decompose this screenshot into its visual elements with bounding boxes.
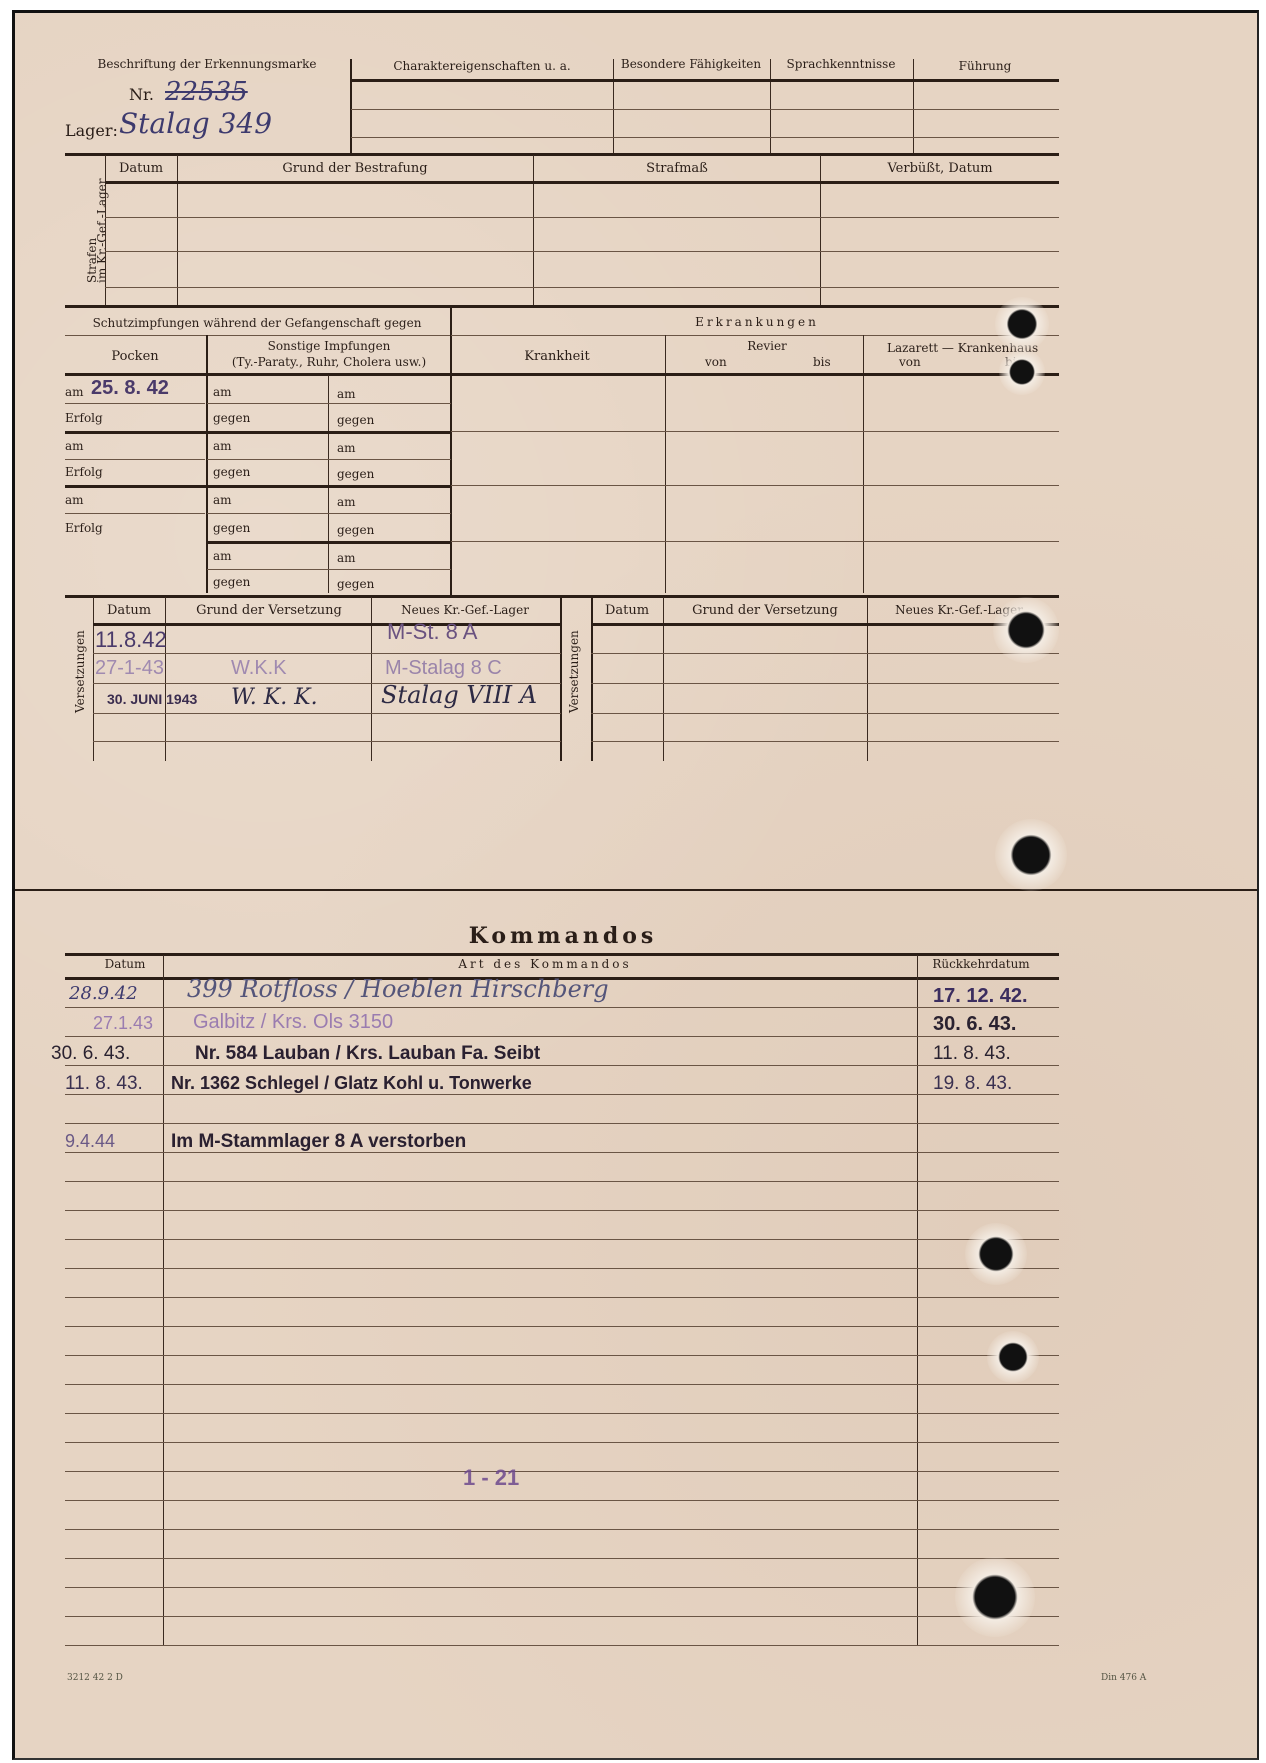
sonstige-sub: (Ty.-Paraty., Ruhr, Cholera usw.)	[232, 355, 426, 369]
sonstige-gegen: gegen	[337, 577, 374, 591]
sonstige-gegen: gegen	[213, 521, 250, 535]
ruled-line	[65, 1239, 1059, 1240]
erkrankungen-title: Erkrankungen	[695, 315, 819, 329]
strafen-col-strafmass: Strafmaß	[646, 161, 708, 176]
vers-row-2-grund: W.K.K	[231, 657, 287, 680]
sonstige-am: am	[213, 385, 232, 399]
nr-label: Nr.	[129, 85, 154, 104]
ruled-line	[65, 1471, 1059, 1472]
ruled-line	[65, 1297, 1059, 1298]
kommando-row-3-rueckkehr: 11. 8. 43.	[933, 1043, 1011, 1065]
col-sprachkenntnisse: Sprachkenntnisse	[787, 57, 896, 71]
strafen-col-grund: Grund der Bestrafung	[282, 161, 427, 176]
pocken-erfolg-2: Erfolg	[65, 465, 103, 479]
ruled-line	[65, 1413, 1059, 1414]
paper-hole-damage	[999, 349, 1045, 395]
col-fuehrung: Führung	[959, 59, 1012, 73]
lazarett-von: von	[899, 355, 921, 369]
ruled-line	[65, 1268, 1059, 1269]
strafen-col-datum: Datum	[119, 161, 163, 176]
sonstige-am: am	[337, 551, 356, 565]
kommando-row-2-art: Galbitz / Krs. Ols 3150	[193, 1011, 393, 1034]
ruled-line	[65, 1442, 1059, 1443]
ruled-line	[65, 1529, 1059, 1530]
kommando-row-1-datum: 28.9.42	[69, 983, 138, 1004]
kommando-row-4-rueckkehr: 19. 8. 43.	[933, 1073, 1012, 1095]
vers2-col-grund: Grund der Versetzung	[692, 603, 838, 618]
paper-hole-damage	[955, 1557, 1035, 1637]
strafen-col-verbuesst: Verbüßt, Datum	[887, 161, 992, 176]
ruled-line	[65, 1210, 1059, 1211]
ruled-line	[65, 1326, 1059, 1327]
paper-hole-damage	[987, 1331, 1039, 1383]
ruled-line	[65, 1094, 1059, 1095]
ruled-line	[65, 1645, 1059, 1646]
sonstige-am: am	[213, 493, 232, 507]
versetzungen-side-label-left: Versetzungen	[73, 630, 87, 713]
vers-row-2-datum: 27-1-43	[95, 657, 164, 680]
vers-row-2-lager: M-Stalag 8 C	[385, 657, 502, 680]
paper-hole-damage	[995, 819, 1067, 891]
sonstige-gegen: gegen	[213, 465, 250, 479]
paper-hole-damage	[995, 297, 1049, 351]
revier-von: von	[705, 355, 727, 369]
ruled-line	[65, 1616, 1059, 1617]
sonstige-gegen: gegen	[337, 413, 374, 427]
sonstige-gegen: gegen	[337, 467, 374, 481]
kommando-row-2-datum: 27.1.43	[93, 1013, 153, 1034]
ruled-line	[65, 1065, 1059, 1066]
ruled-line	[65, 1355, 1059, 1356]
sonstige-am: am	[337, 495, 356, 509]
lager-value: Stalag 349	[119, 107, 272, 140]
kommandos-col-rueckkehr: Rückkehrdatum	[932, 957, 1029, 971]
ruled-line	[65, 1007, 1059, 1008]
kommando-row-4-art: Nr. 1362 Schlegel / Glatz Kohl u. Tonwer…	[171, 1073, 532, 1094]
sonstige-am: am	[337, 441, 356, 455]
impfungen-title: Schutzimpfungen während der Gefangenscha…	[93, 316, 422, 330]
paper-hole-damage	[965, 1223, 1027, 1285]
revier-label: Revier	[747, 339, 787, 353]
pocken-erfolg-3: Erfolg	[65, 521, 103, 535]
paper-hole-damage	[993, 597, 1059, 663]
kommando-row-1-rueckkehr: 17. 12. 42.	[933, 985, 1028, 1008]
sonstige-label: Sonstige Impfungen	[268, 339, 391, 353]
pocken-am-2: am	[65, 439, 84, 453]
ruled-line	[65, 1500, 1059, 1501]
stray-ink-marks: 1 - 21	[463, 1465, 519, 1491]
vers-row-3-lager: Stalag VIII A	[381, 681, 537, 709]
kommandos-col-datum: Datum	[105, 957, 146, 971]
sonstige-gegen: gegen	[337, 523, 374, 537]
print-code: 3212 42 2 D	[67, 1673, 123, 1683]
col-charakter: Charaktereigenschaften u. a.	[393, 59, 570, 73]
vers-col-lager: Neues Kr.-Gef.-Lager	[401, 603, 529, 617]
kommando-row-1-art: 399 Rotfloss / Hoeblen Hirschberg	[187, 975, 609, 1003]
kommandos-col-art: Art des Kommandos	[458, 957, 631, 971]
vers-row-1-datum: 11.8.42	[95, 627, 167, 653]
erkennungsmarke-label: Beschriftung der Erkennungsmarke	[98, 57, 317, 71]
kommandos-title: Kommandos	[469, 923, 658, 949]
revier-bis: bis	[813, 355, 831, 369]
ruled-line	[65, 1036, 1059, 1037]
kommando-row-5-datum: 9.4.44	[65, 1131, 115, 1152]
ruled-line	[65, 1123, 1059, 1124]
vers-row-3-datum: 30. JUNI 1943	[107, 691, 197, 707]
pocken-am-1: am	[65, 385, 84, 399]
kommando-row-2-rueckkehr: 30. 6. 43.	[933, 1013, 1016, 1036]
col-faehigkeiten: Besondere Fähigkeiten	[621, 57, 761, 71]
ruled-line	[65, 1384, 1059, 1385]
strafen-side-label-2: im Kr.-Gef.-Lager	[95, 179, 109, 284]
kommando-row-5-art: Im M-Stammlager 8 A verstorben	[171, 1131, 466, 1153]
sonstige-am: am	[213, 439, 232, 453]
prisoner-record-card: Beschriftung der Erkennungsmarke Nr. 225…	[12, 10, 1259, 1760]
nr-value: 22535	[165, 77, 248, 107]
vers2-col-datum: Datum	[605, 603, 649, 618]
ruled-line	[65, 1587, 1059, 1588]
sonstige-am: am	[213, 549, 232, 563]
pocken-erfolg-1: Erfolg	[65, 411, 103, 425]
versetzungen-side-label-right: Versetzungen	[567, 630, 581, 713]
kommando-row-3-datum: 30. 6. 43.	[51, 1043, 130, 1065]
ruled-line	[65, 1181, 1059, 1182]
vers-col-grund: Grund der Versetzung	[196, 603, 342, 618]
pocken-date-1: 25. 8. 42	[91, 377, 169, 400]
sonstige-am: am	[337, 387, 356, 401]
vers-row-3-grund: W. K. K.	[231, 685, 318, 710]
krankheit-label: Krankheit	[524, 349, 589, 364]
lager-label: Lager:	[65, 121, 118, 140]
kommando-row-3-art: Nr. 584 Lauban / Krs. Lauban Fa. Seibt	[195, 1043, 540, 1065]
din-code: Din 476 A	[1101, 1673, 1146, 1683]
pocken-am-3: am	[65, 493, 84, 507]
vers-col-datum: Datum	[107, 603, 151, 618]
kommando-row-4-datum: 11. 8. 43.	[65, 1073, 143, 1095]
ruled-line	[65, 1558, 1059, 1559]
pocken-label: Pocken	[111, 349, 158, 364]
sonstige-gegen: gegen	[213, 575, 250, 589]
vers-row-1-lager: M-St. 8 A	[387, 619, 477, 645]
sonstige-gegen: gegen	[213, 411, 250, 425]
